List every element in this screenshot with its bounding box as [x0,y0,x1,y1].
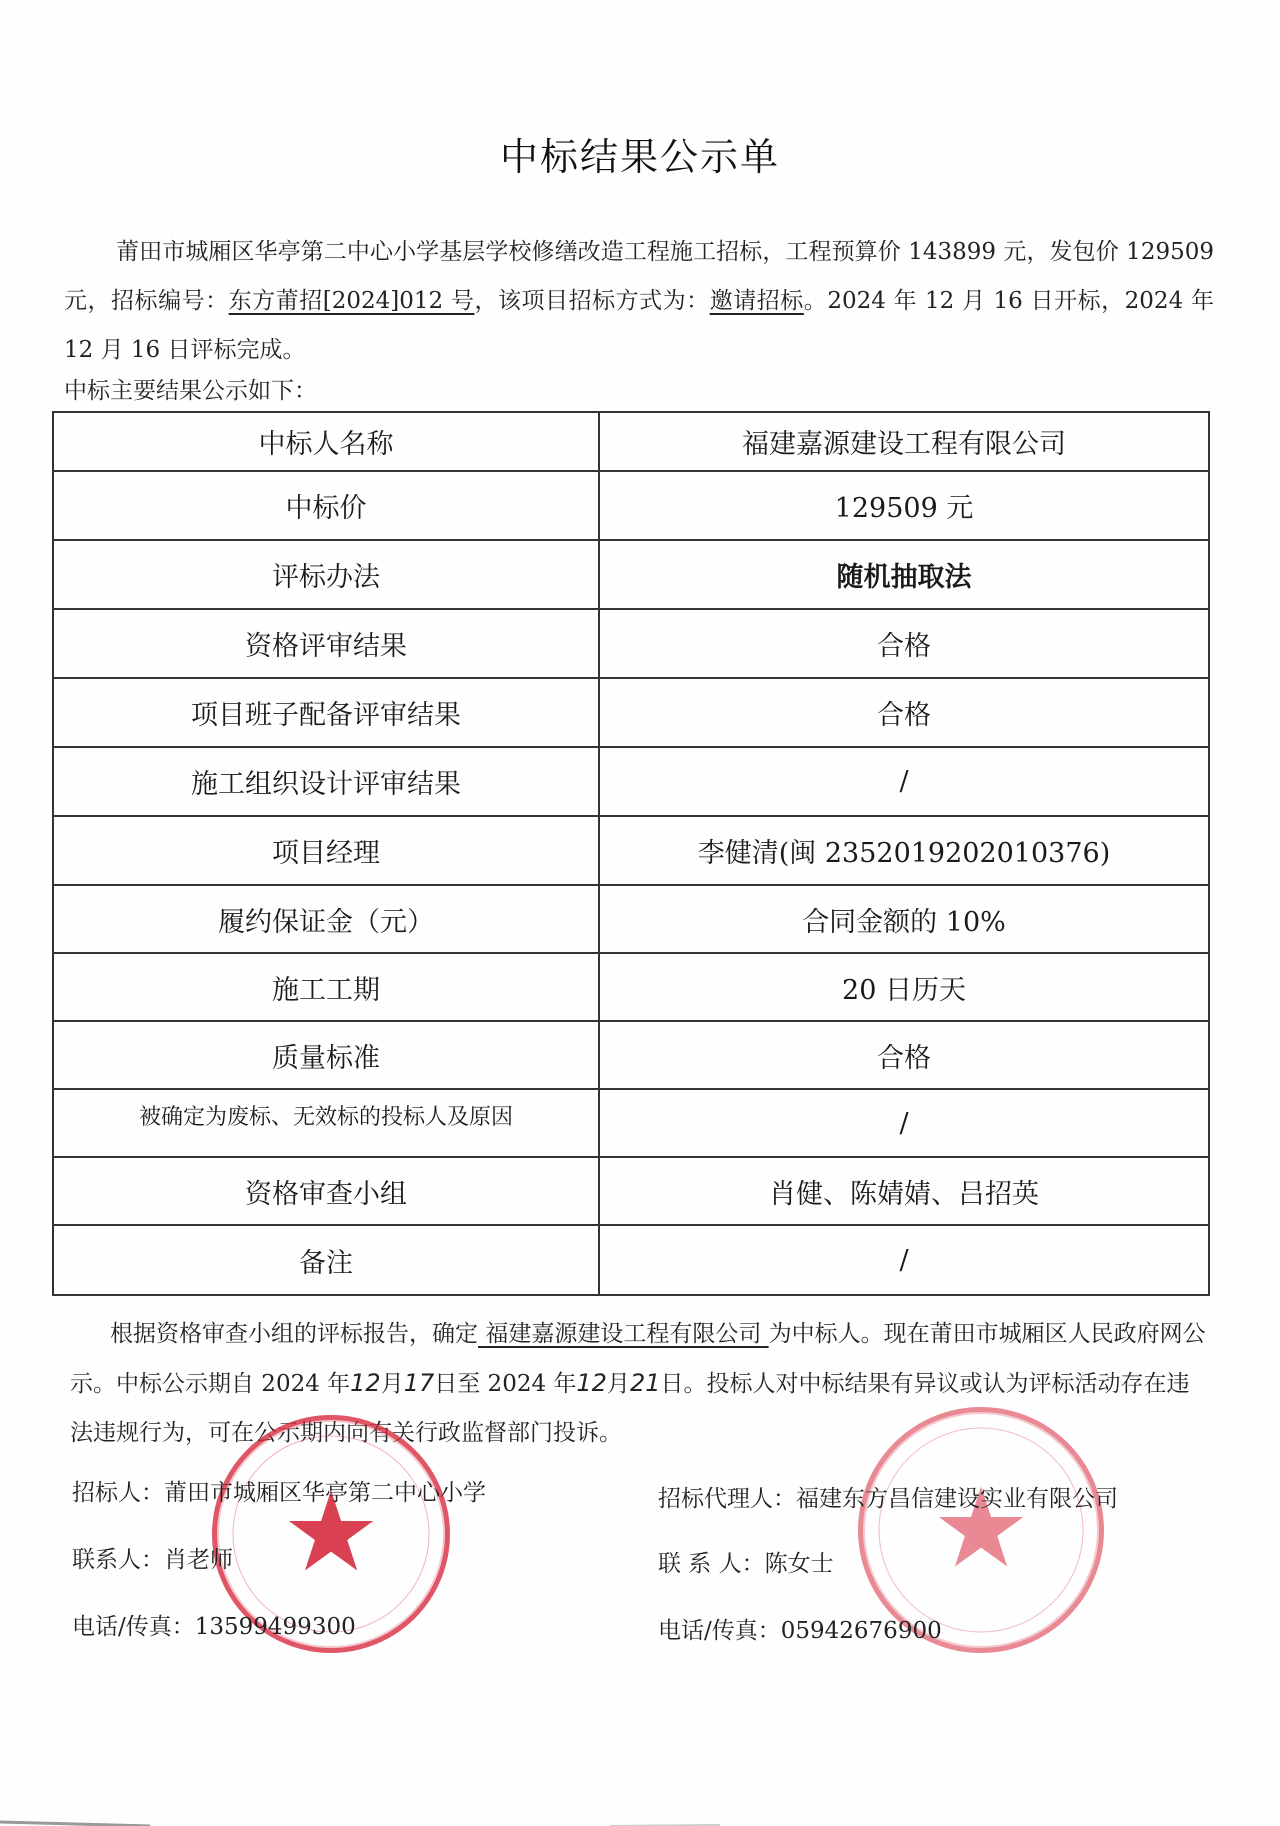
closing-text-3: 日至 2024 年 [434,1371,576,1397]
row-label: 项目经理 [53,816,599,885]
row-value: 李健清(闽 2352019202010376) [599,816,1209,885]
winner-name: 福建嘉源建设工程有限公司 [478,1321,769,1347]
row-label: 备注 [53,1225,599,1295]
row-label: 项目班子配备评审结果 [53,678,599,747]
intro-text-2: ，该项目招标方式为： [474,288,709,314]
results-table: 中标人名称 福建嘉源建设工程有限公司 中标价 129509 元 评标办法 随机抽… [52,411,1210,1296]
row-label: 施工组织设计评审结果 [53,747,599,816]
table-row: 履约保证金（元） 合同金额的 10% [53,885,1209,953]
tender-number: 东方莆招[2024]012 号 [229,288,475,314]
handwritten-start-month: 12 [350,1369,381,1397]
row-label: 中标人名称 [53,412,599,471]
row-value: 合格 [599,1021,1209,1089]
tenderer-contact: 联系人：肖老师 [72,1541,233,1574]
row-value: 20 日历天 [599,953,1209,1021]
row-label: 质量标准 [53,1021,599,1089]
table-row: 备注 / [53,1225,1209,1295]
agent-line: 招标代理人：福建东方昌信建设实业有限公司 [658,1480,1118,1513]
month-label-2: 月 [607,1371,630,1397]
row-label: 中标价 [53,471,599,540]
row-value: 肖健、陈婧婧、吕招英 [599,1157,1209,1225]
table-row: 项目班子配备评审结果 合格 [53,678,1209,747]
row-label: 评标办法 [53,540,599,609]
row-value: 福建嘉源建设工程有限公司 [599,412,1209,471]
row-label: 资格审查小组 [53,1157,599,1225]
row-label: 施工工期 [53,953,599,1021]
table-row: 施工组织设计评审结果 / [53,747,1209,816]
agent-contact: 联 系 人：陈女士 [658,1545,834,1578]
table-row: 资格审查小组 肖健、陈婧婧、吕招英 [53,1157,1209,1225]
row-value: / [599,747,1209,816]
intro-paragraph: 莆田市城厢区华亭第二中心小学基层学校修缮改造工程施工招标，工程预算价 14389… [64,228,1214,375]
document-page: 中标结果公示单 莆田市城厢区华亭第二中心小学基层学校修缮改造工程施工招标，工程预… [0,0,1280,1826]
row-value: 129509 元 [599,471,1209,540]
table-row: 质量标准 合格 [53,1021,1209,1089]
document-title: 中标结果公示单 [0,126,1280,181]
table-row: 评标办法 随机抽取法 [53,540,1209,609]
tender-method: 邀请招标 [710,288,804,314]
row-value: 合格 [599,609,1209,678]
row-value: 随机抽取法 [599,540,1209,609]
results-subheading: 中标主要结果公示如下： [64,372,317,405]
row-label: 履约保证金（元） [53,885,599,953]
month-label: 月 [381,1371,404,1397]
table-row: 被确定为废标、无效标的投标人及原因 / [53,1089,1209,1157]
scan-artifacts [0,1770,1280,1826]
handwritten-end-day: 21 [630,1369,661,1397]
tenderer-line: 招标人：莆田市城厢区华亭第二中心小学 [72,1474,486,1507]
row-value: 合同金额的 10% [599,885,1209,953]
tenderer-phone: 电话/传真：13599499300 [72,1608,356,1641]
handwritten-start-day: 17 [404,1369,435,1397]
table-row: 施工工期 20 日历天 [53,953,1209,1021]
row-value: / [599,1089,1209,1157]
row-value: / [599,1225,1209,1295]
handwritten-end-month: 12 [576,1369,607,1397]
row-label: 被确定为废标、无效标的投标人及原因 [53,1089,599,1157]
table-row: 中标人名称 福建嘉源建设工程有限公司 [53,412,1209,471]
row-label: 资格评审结果 [53,609,599,678]
table-row: 项目经理 李健清(闽 2352019202010376) [53,816,1209,885]
table-row: 资格评审结果 合格 [53,609,1209,678]
table-row: 中标价 129509 元 [53,471,1209,540]
closing-text-1: 根据资格审查小组的评标报告，确定 [110,1321,478,1347]
row-value: 合格 [599,678,1209,747]
agent-phone: 电话/传真：05942676900 [658,1612,942,1645]
